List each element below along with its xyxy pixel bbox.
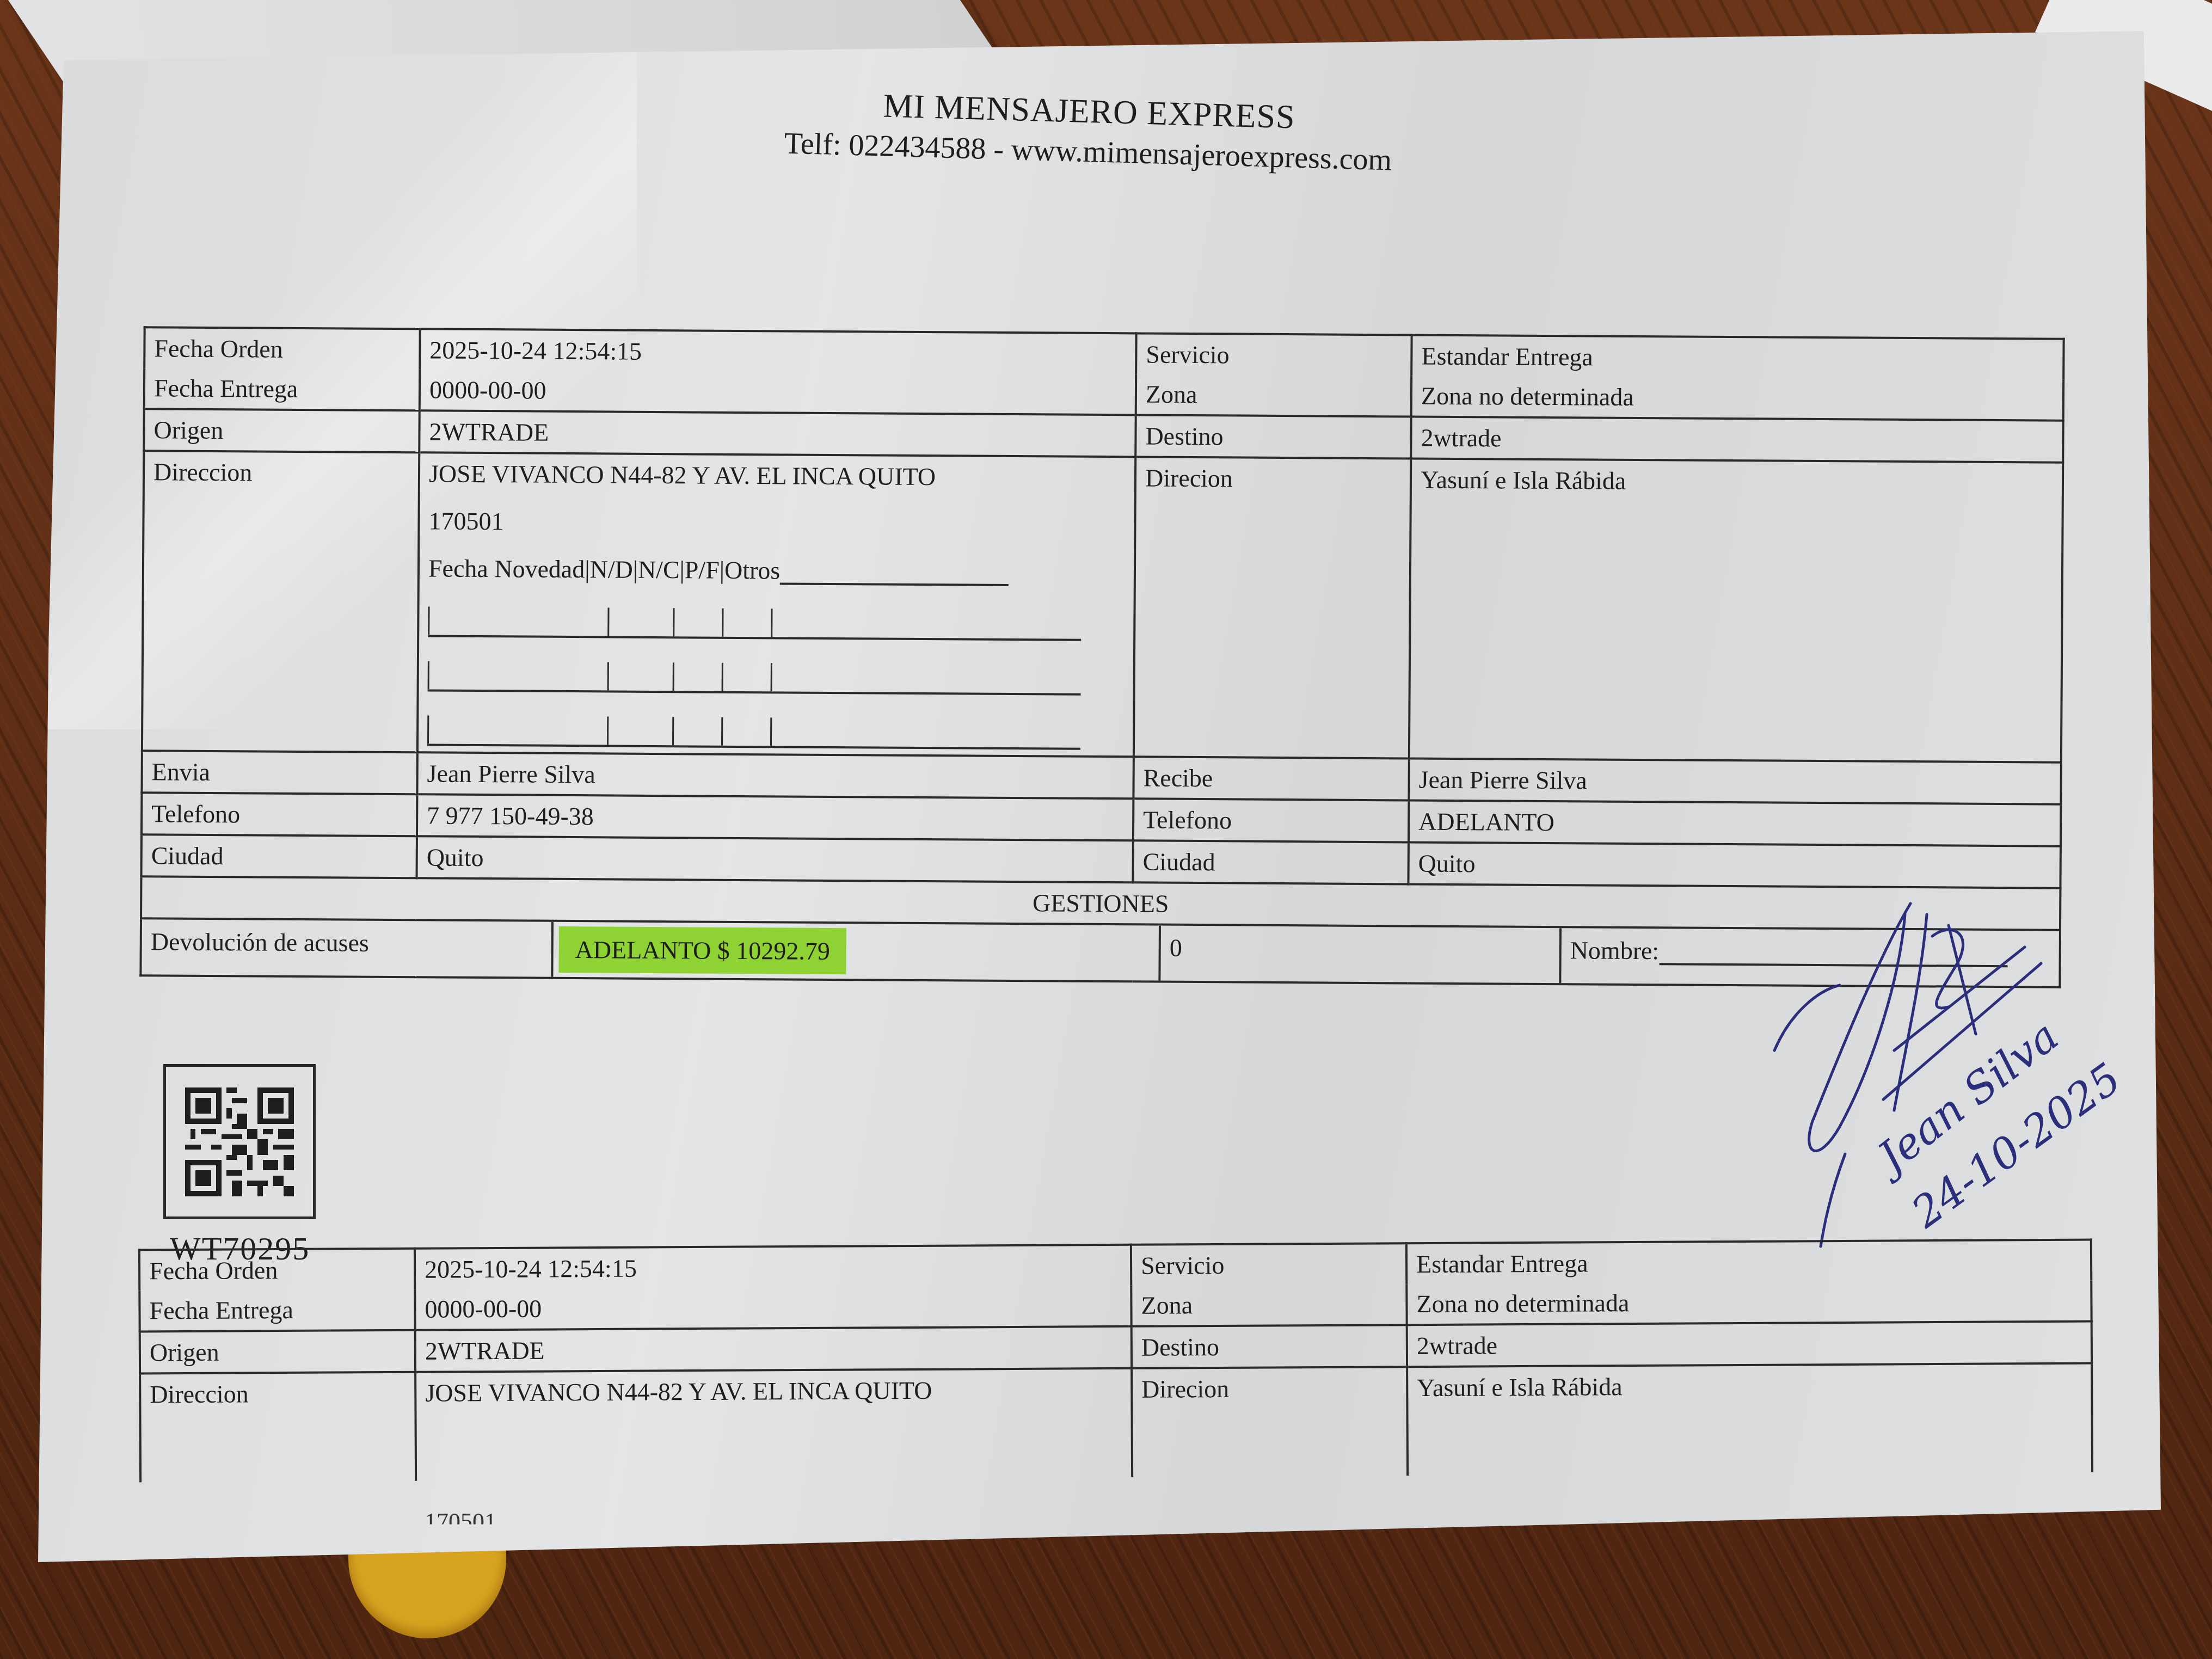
label-origen-2: Origen xyxy=(140,1330,415,1374)
label-fecha-entrega: Fecha Entrega xyxy=(144,368,420,410)
direccion-cell: JOSE VIVANCO N44-82 Y AV. EL INCA QUITO … xyxy=(417,452,1135,757)
value-telefono-envia: 7 977 150-49-38 xyxy=(417,794,1133,840)
devolucion-value-highlighted: ADELANTO $ 10292.79 xyxy=(562,930,843,971)
value-direccion-destino-2: Yasuní e Isla Rábida xyxy=(1407,1363,2092,1476)
label-ciudad-envia: Ciudad xyxy=(142,834,417,878)
novedad-input-line[interactable] xyxy=(780,562,1009,586)
label-novedad: Fecha Novedad|N/D|N/C|P/F|Otros xyxy=(428,554,781,584)
qr-code xyxy=(163,1064,316,1219)
value-fecha-orden-2: 2025-10-24 12:54:15 xyxy=(415,1245,1131,1289)
value-direccion-origen-2: JOSE VIVANCO N44-82 Y AV. EL INCA QUITO xyxy=(415,1368,1132,1481)
label-destino-2: Destino xyxy=(1132,1325,1407,1368)
value-direccion-origen: JOSE VIVANCO N44-82 Y AV. EL INCA QUITO xyxy=(429,459,1126,492)
label-fecha-entrega-2: Fecha Entrega xyxy=(139,1289,415,1332)
label-telefono-envia: Telefono xyxy=(142,792,417,836)
value-origen: 2WTRADE xyxy=(419,410,1135,457)
value-recibe: Jean Pierre Silva xyxy=(1409,758,2061,804)
value-destino: 2wtrade xyxy=(1411,416,2063,462)
novedad-entry-line-2[interactable] xyxy=(428,656,1081,695)
qr-code-icon xyxy=(185,1087,294,1196)
value-envia: Jean Pierre Silva xyxy=(417,752,1133,798)
value-origen-2: 2WTRADE xyxy=(415,1326,1132,1372)
value-telefono-recibe: ADELANTO xyxy=(1409,800,2061,846)
value-destino-2: 2wtrade xyxy=(1407,1322,2092,1367)
label-servicio: Servicio xyxy=(1136,333,1411,376)
coin xyxy=(348,1546,506,1638)
value-zona: Zona no determinada xyxy=(1411,376,2063,420)
label-direcion-destino: Direcion xyxy=(1134,457,1411,758)
novedad-entry-line-1[interactable] xyxy=(428,602,1081,641)
novedad-entry-line-3[interactable] xyxy=(427,711,1080,749)
value-direccion-destino: Yasuní e Isla Rábida xyxy=(1409,458,2063,762)
value-servicio: Estandar Entrega xyxy=(1411,335,2063,379)
novedad-row: Fecha Novedad|N/D|N/C|P/F|Otros xyxy=(428,554,1125,587)
label-nombre: Nombre: xyxy=(1570,936,1660,964)
label-direccion: Direccion xyxy=(142,451,419,752)
waybill-form-bottom: Fecha Orden 2025-10-24 12:54:15 Servicio… xyxy=(138,1239,2093,1483)
label-servicio-2: Servicio xyxy=(1131,1243,1406,1286)
label-destino: Destino xyxy=(1135,415,1411,458)
value-fecha-entrega: 0000-00-00 xyxy=(420,370,1136,415)
label-devolucion: Devolución de acuses xyxy=(142,919,552,977)
label-zona-2: Zona xyxy=(1131,1284,1406,1326)
value-ciudad-envia: Quito xyxy=(416,836,1133,882)
label-envia: Envia xyxy=(142,751,417,794)
label-fecha-orden: Fecha Orden xyxy=(144,327,420,370)
label-direccion-2: Direccion xyxy=(140,1372,416,1483)
label-fecha-orden-2: Fecha Orden xyxy=(139,1249,415,1291)
devolucion-count: 0 xyxy=(1159,926,1560,983)
label-recibe: Recibe xyxy=(1133,757,1409,800)
value-codigo-postal: 170501 xyxy=(428,506,1125,539)
label-telefono-recibe: Telefono xyxy=(1133,798,1409,842)
label-ciudad-recibe: Ciudad xyxy=(1133,840,1408,884)
label-direcion-destino-2: Direcion xyxy=(1132,1367,1408,1477)
value-fecha-entrega-2: 0000-00-00 xyxy=(415,1286,1131,1330)
value-fecha-orden: 2025-10-24 12:54:15 xyxy=(420,329,1136,374)
label-zona: Zona xyxy=(1136,374,1411,416)
value-servicio-2: Estandar Entrega xyxy=(1406,1240,2091,1285)
label-origen: Origen xyxy=(144,409,419,452)
value-zona-2: Zona no determinada xyxy=(1406,1281,2091,1325)
